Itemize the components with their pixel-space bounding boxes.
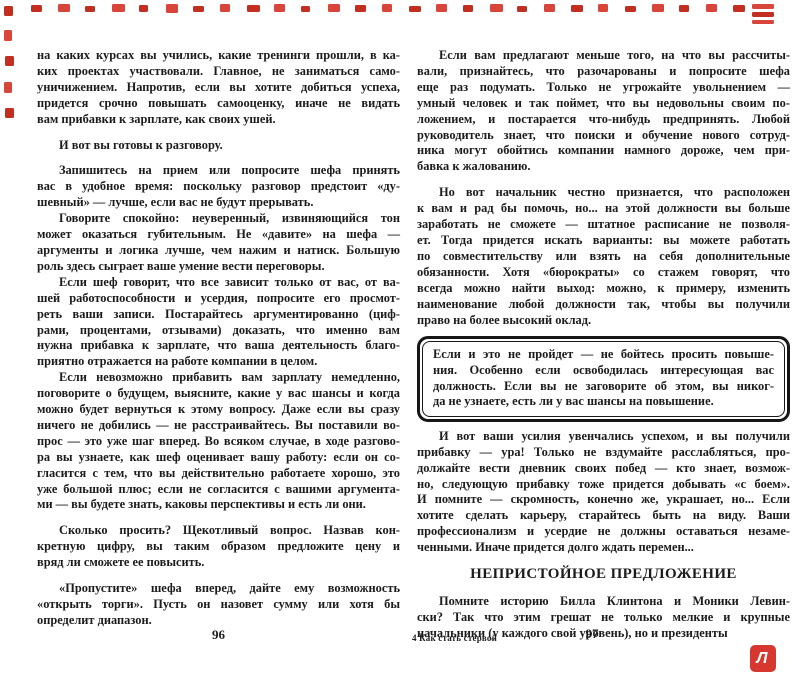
text-line: может оказаться губительным. Не «давите»… bbox=[37, 227, 400, 243]
text-line: роль здесь сыграет ваше умение вести пер… bbox=[37, 259, 400, 275]
text-line: Если шеф говорит, что все зависит только… bbox=[37, 275, 400, 291]
text-line: должайте вести дневник своих побед — кто… bbox=[417, 461, 790, 477]
text-line: реть ваши записи. Постарайтесь аргументи… bbox=[37, 307, 400, 323]
callout-box-inner: Если и это не пройдет — не бойтесь проси… bbox=[422, 341, 785, 416]
edge-mark bbox=[752, 20, 774, 24]
text-line: прибавку — ура! Только не вздумайте расс… bbox=[417, 445, 790, 461]
paragraph: Запишитесь на прием или попросите шефа п… bbox=[37, 163, 400, 211]
paragraph: И вот вы готовы к разговору. bbox=[37, 138, 400, 154]
text-line: Если вам предлагают меньше того, на что … bbox=[417, 48, 790, 64]
text-line: рами, процентами, отзывами) доказать, чт… bbox=[37, 323, 400, 339]
text-line: вас в удобное время: поскольку разговор … bbox=[37, 179, 400, 195]
text-line: гласится с тем, что вы действительно раб… bbox=[37, 466, 400, 482]
edge-mark bbox=[490, 4, 503, 12]
text-line: кретную цифру, вы таким образом предложи… bbox=[37, 539, 400, 555]
section-heading: НЕПРИСТОЙНОЕ ПРЕДЛОЖЕНИЕ bbox=[417, 565, 790, 583]
text-line: бавка к жалованию. bbox=[417, 159, 790, 175]
paragraph: И вот ваши усилия увенчались успехом, и … bbox=[417, 429, 790, 556]
paragraph: Если вам предлагают меньше того, на что … bbox=[417, 48, 790, 175]
text-line: ски? Так что этим грешат не только мелки… bbox=[417, 610, 790, 626]
page-number-right: 97 bbox=[417, 626, 767, 642]
edge-mark bbox=[112, 4, 125, 12]
text-line: ми — вы будете знать, каковы перспективы… bbox=[37, 497, 400, 513]
edge-mark bbox=[301, 6, 310, 12]
edge-mark bbox=[409, 6, 421, 12]
edge-mark bbox=[85, 6, 95, 12]
edge-mark bbox=[733, 5, 745, 12]
edge-mark bbox=[382, 4, 392, 12]
edge-mark bbox=[139, 5, 148, 12]
text-line: на каких курсах вы учились, какие тренин… bbox=[37, 48, 400, 64]
page-number-left: 96 bbox=[37, 627, 400, 643]
text-line: приятно отражается на работе компании в … bbox=[37, 354, 400, 370]
edge-mark bbox=[5, 56, 14, 66]
text-line: Сколько просить? Щекотливый вопрос. Назв… bbox=[37, 523, 400, 539]
text-line: аргументы и логика лучше, чем нажим и на… bbox=[37, 243, 400, 259]
paragraph: «Пропустите» шефа вперед, дайте ему возм… bbox=[37, 581, 400, 629]
edge-mark bbox=[247, 5, 260, 12]
text-line: хотите сделать карьеру, старайтесь быть … bbox=[417, 508, 790, 524]
text-line: уничижением. Напротив, если вы хотите до… bbox=[37, 80, 400, 96]
text-line: руководитель знает, что поиски и обучени… bbox=[417, 128, 790, 144]
text-line: И вот вы готовы к разговору. bbox=[37, 138, 400, 154]
text-line: ника могут обойтись компании намного дор… bbox=[417, 143, 790, 159]
text-line: Запишитесь на прием или попросите шефа п… bbox=[37, 163, 400, 179]
text-line: Но вот начальник честно признается, что … bbox=[417, 185, 790, 201]
paragraph: Говорите спокойно: неуверенный, извиняющ… bbox=[37, 211, 400, 275]
book-page-right: Если вам предлагают меньше того, на что … bbox=[417, 48, 790, 642]
text-line: уже большой плюс; если не согласится с в… bbox=[37, 482, 400, 498]
edge-mark bbox=[544, 4, 555, 12]
book-page-left: на каких курсах вы учились, какие тренин… bbox=[37, 48, 400, 629]
text-line: «открыть торги». Пусть он назовет сумму … bbox=[37, 597, 400, 613]
text-line: шевный» — лучше, если вас не будут преры… bbox=[37, 195, 400, 211]
edge-mark bbox=[652, 4, 664, 12]
text-line: еще раз подумать. Только не угрожайте ув… bbox=[417, 80, 790, 96]
edge-mark bbox=[31, 5, 42, 12]
edge-mark bbox=[436, 4, 447, 12]
edge-mark bbox=[571, 5, 583, 12]
text-line: поговорите о будущем, выясните, какие у … bbox=[37, 386, 400, 402]
edge-mark bbox=[679, 5, 689, 12]
text-line: ра вы узнаете, как шеф оценивает вашу ра… bbox=[37, 450, 400, 466]
paragraph: Но вот начальник честно признается, что … bbox=[417, 185, 790, 328]
edge-mark bbox=[752, 12, 774, 17]
text-line: всегда можно найти выход: можно, к приме… bbox=[417, 281, 790, 297]
edge-mark bbox=[463, 5, 473, 12]
text-line: но, следующую прибавку тоже придется доб… bbox=[417, 477, 790, 493]
text-line: должность. Если вы не заговорите об этом… bbox=[433, 379, 774, 395]
text-line: Помните историю Билла Клинтона и Моники … bbox=[417, 594, 790, 610]
text-line: да не узнаете, есть ли у вас шансы на по… bbox=[433, 394, 774, 410]
edge-mark bbox=[58, 4, 70, 12]
labirint-logo-watermark: Л bbox=[750, 645, 776, 672]
paragraph: Сколько просить? Щекотливый вопрос. Назв… bbox=[37, 523, 400, 571]
text-line: по совместительству или взять на себя до… bbox=[417, 249, 790, 265]
text-line: ложением, и постарается что-нибудь предп… bbox=[417, 112, 790, 128]
text-line: вряд ли сможете ее повысить. bbox=[37, 555, 400, 571]
edge-mark bbox=[517, 6, 527, 12]
text-line: ничего не добились — не расстраивайтесь.… bbox=[37, 418, 400, 434]
text-line: обязанности. Хотя «бюрократы» со стажем … bbox=[417, 265, 790, 281]
text-line: Говорите спокойно: неуверенный, извиняющ… bbox=[37, 211, 400, 227]
edge-mark bbox=[328, 4, 340, 12]
text-line: профессионализм и усердие не должны оста… bbox=[417, 524, 790, 540]
edge-mark bbox=[4, 30, 12, 41]
paragraph: на каких курсах вы учились, какие тренин… bbox=[37, 48, 400, 128]
text-line: «Пропустите» шефа вперед, дайте ему возм… bbox=[37, 581, 400, 597]
paragraph: Если шеф говорит, что все зависит только… bbox=[37, 275, 400, 370]
text-line: вам прибавки к зарплате, как своих ушей. bbox=[37, 112, 400, 128]
text-line: к вам и рад бы помочь, но... на этой дол… bbox=[417, 201, 790, 217]
callout-box: Если и это не пройдет — не бойтесь проси… bbox=[417, 336, 790, 421]
paragraph: Если невозможно прибавить вам зарплату н… bbox=[37, 370, 400, 513]
text-line: можно будет вернуться к этому вопросу. Д… bbox=[37, 402, 400, 418]
text-line: ких проектах участвовали. Главное, не за… bbox=[37, 64, 400, 80]
text-line: придется срочно повышать самооценку, ина… bbox=[37, 96, 400, 112]
text-line: право на более высокий оклад. bbox=[417, 313, 790, 329]
text-line: Если невозможно прибавить вам зарплату н… bbox=[37, 370, 400, 386]
edge-mark bbox=[220, 4, 230, 12]
text-line: ет. Тогда придется искать варианты: вы м… bbox=[417, 233, 790, 249]
text-line: шей работоспособности и усердия, попроси… bbox=[37, 291, 400, 307]
text-line: нужна прибавка к зарплате, что ваша деят… bbox=[37, 338, 400, 354]
edge-mark bbox=[4, 82, 12, 93]
edge-mark bbox=[166, 4, 178, 13]
edge-mark bbox=[752, 4, 774, 9]
text-line: заработать не сможете — штатное расписан… bbox=[417, 217, 790, 233]
book-scan-page: на каких курсах вы учились, какие тренин… bbox=[0, 0, 800, 683]
text-line: наименование любой должности так, чтобы … bbox=[417, 297, 790, 313]
text-line: прос — это уже шаг вперед. Во всяком слу… bbox=[37, 434, 400, 450]
edge-mark bbox=[355, 5, 366, 12]
text-line: умный человек и так поймет, что вы недов… bbox=[417, 96, 790, 112]
text-line: вали, признайтесь, что разочарованы и по… bbox=[417, 64, 790, 80]
text-line: И вот ваши усилия увенчались успехом, и … bbox=[417, 429, 790, 445]
text-line: ченными. Иначе придется долго ждать пере… bbox=[417, 540, 790, 556]
edge-mark bbox=[4, 6, 13, 16]
edge-mark bbox=[598, 4, 608, 12]
edge-mark bbox=[5, 108, 14, 118]
edge-mark bbox=[625, 6, 636, 12]
text-line: ния. Особенно если освободилась интересу… bbox=[433, 363, 774, 379]
edge-mark bbox=[274, 4, 285, 12]
edge-mark bbox=[706, 4, 717, 12]
text-line: Если и это не пройдет — не бойтесь проси… bbox=[433, 347, 774, 363]
edge-mark bbox=[193, 6, 204, 12]
logo-letter: Л bbox=[757, 651, 768, 667]
text-line: И помните — скромность, конечно же, укра… bbox=[417, 492, 790, 508]
